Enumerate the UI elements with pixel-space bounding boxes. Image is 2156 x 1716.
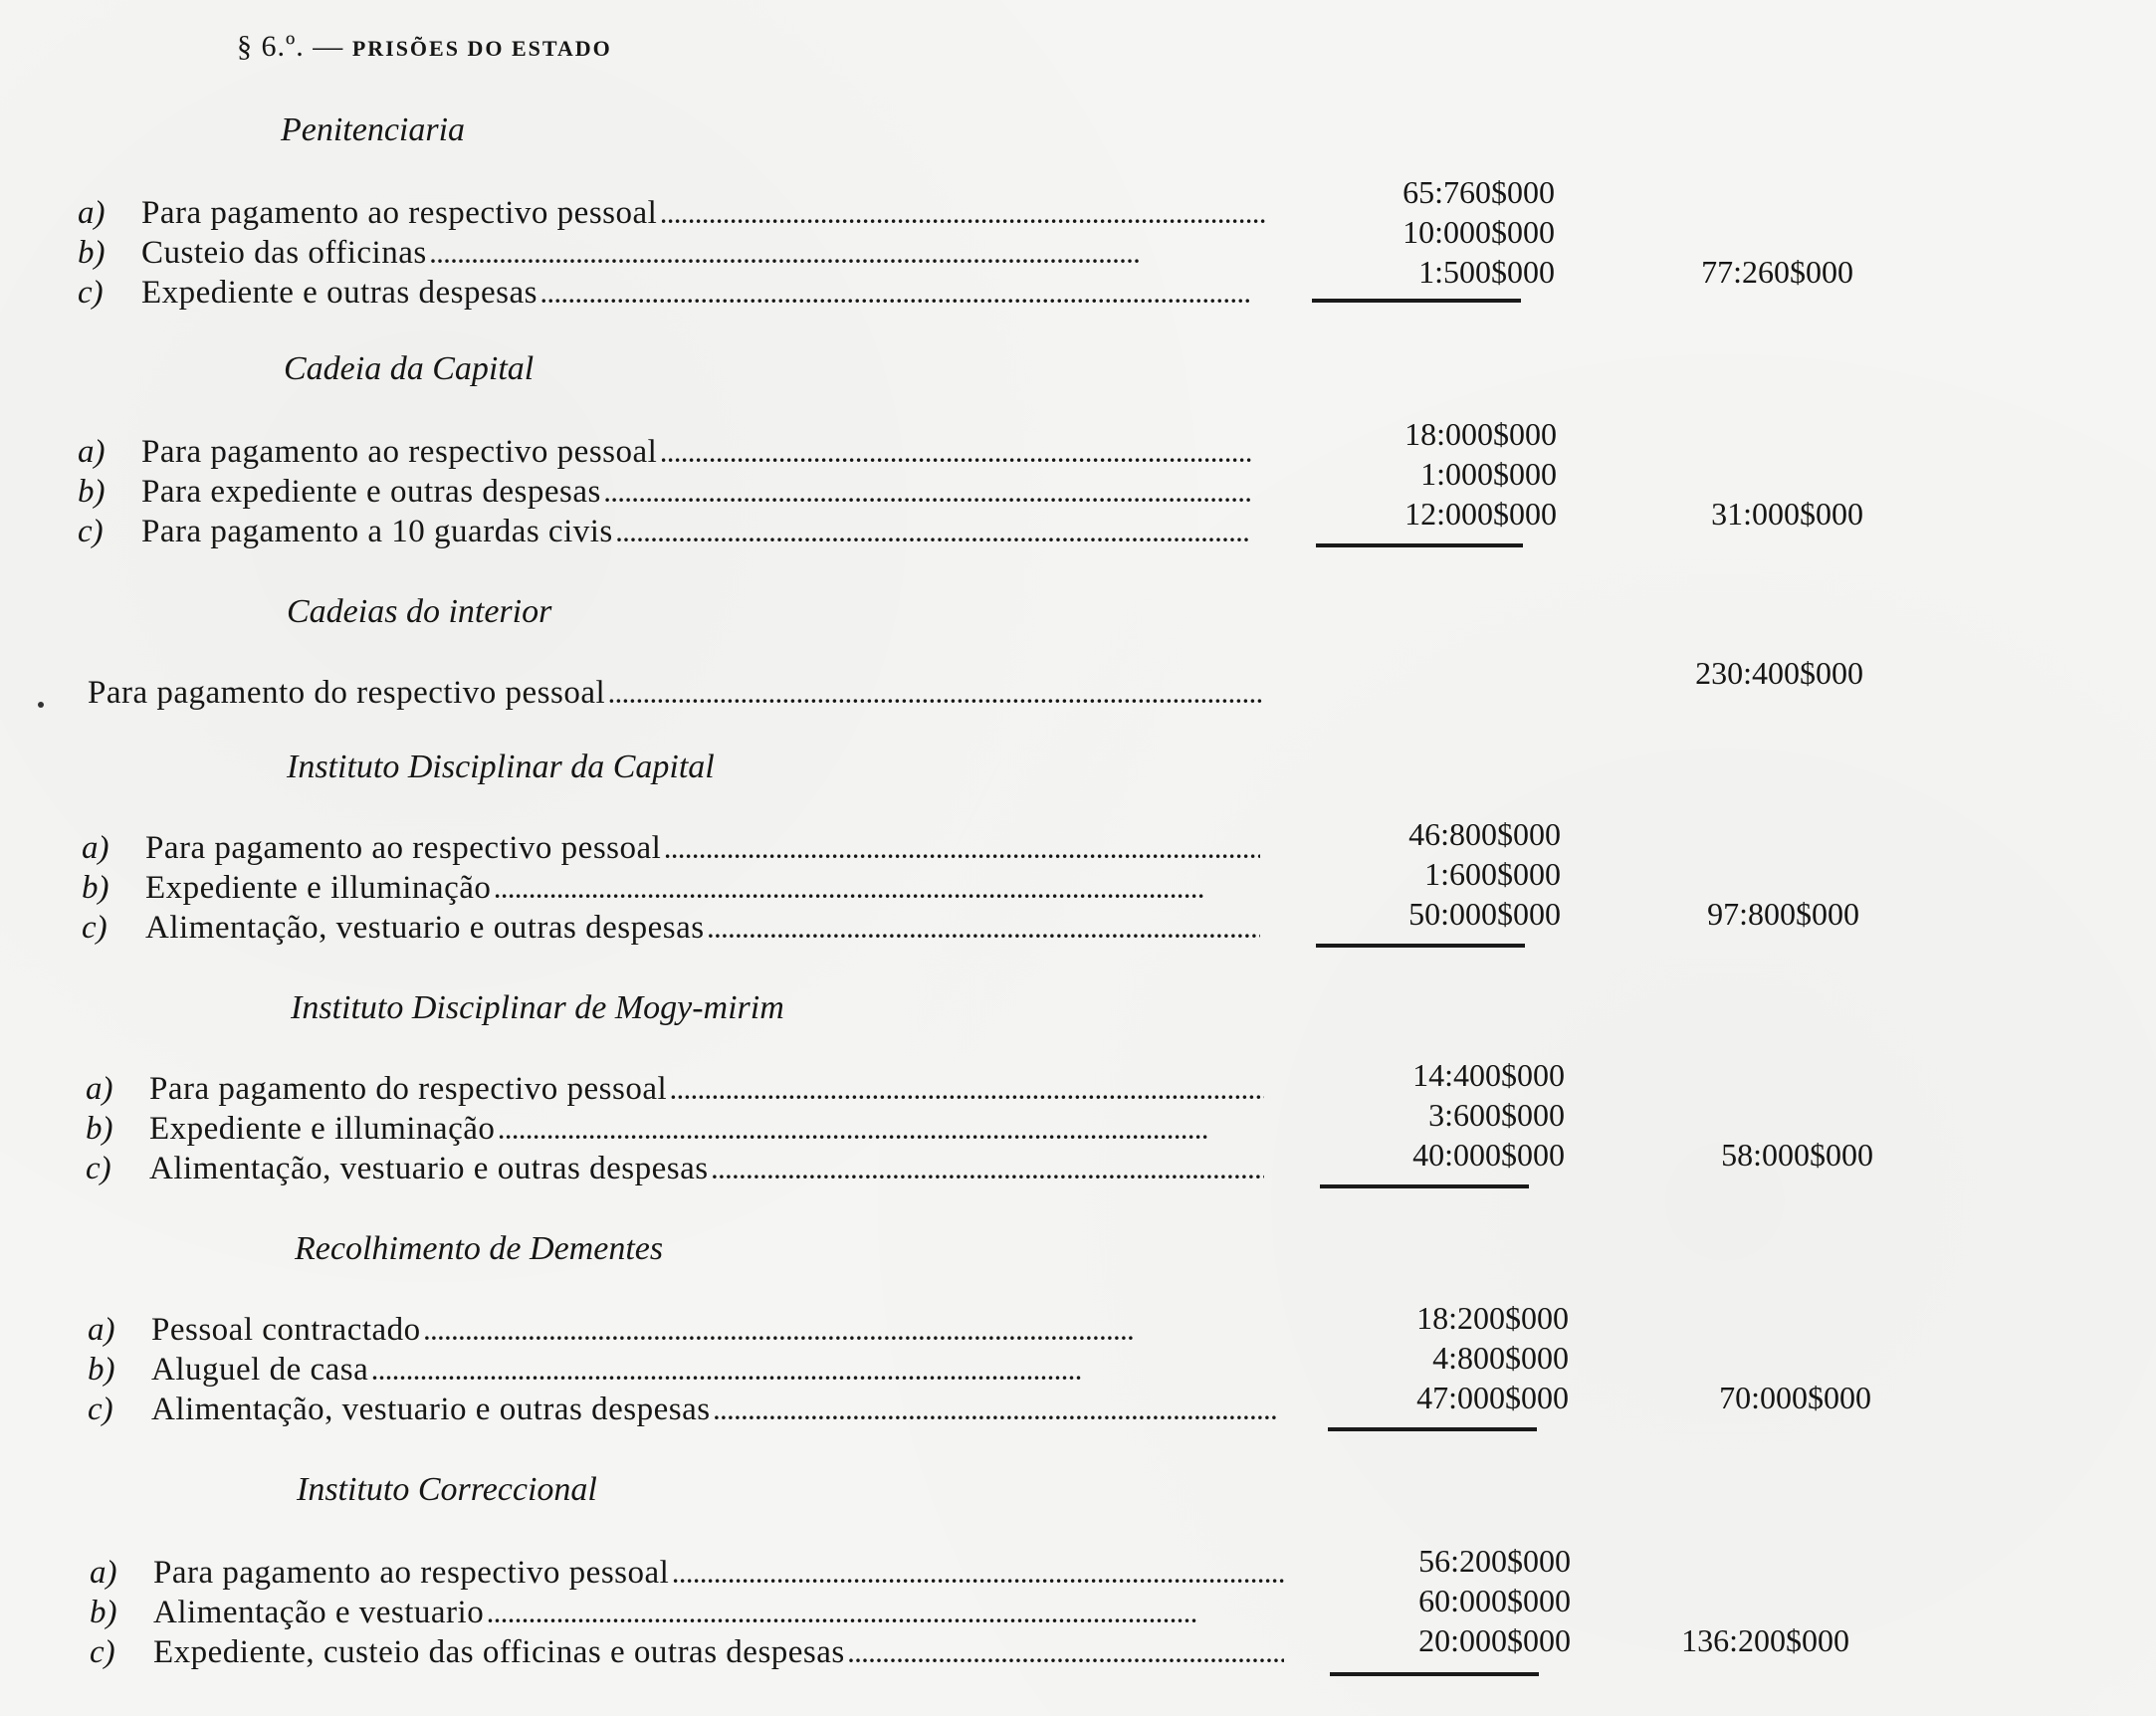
item-label: Custeio das officinas: [141, 235, 1266, 272]
item-letter: b): [90, 1595, 153, 1631]
item-letter: b): [78, 474, 141, 511]
budget-line: c) Alimentação, vestuario e outras despe…: [88, 1392, 1277, 1431]
budget-line: c) Para pagamento a 10 guardas civis: [78, 514, 1267, 553]
subtotal-rule: [1320, 1184, 1529, 1188]
item-letter: a): [78, 195, 141, 232]
item-label: Para pagamento do respectivo pessoal: [88, 675, 1262, 712]
section-total: 77:260$000: [1555, 254, 1853, 291]
heading-cadeias-do-interior: Cadeias do interior: [287, 593, 551, 631]
budget-line: c) Alimentação, vestuario e outras despe…: [82, 910, 1266, 950]
budget-line: a) Para pagamento ao respectivo pessoal: [90, 1555, 1284, 1595]
item-label: Para pagamento ao respectivo pessoal: [153, 1555, 1284, 1592]
item-amount: 1:000$000: [1258, 456, 1557, 493]
subtotal-rule: [1328, 1427, 1537, 1431]
item-label: Expediente e outras despesas: [141, 275, 1266, 312]
item-label: Alimentação e vestuario: [153, 1595, 1284, 1631]
item-label: Alimentação, vestuario e outras despesas: [151, 1392, 1276, 1428]
item-amount: 4:800$000: [1270, 1340, 1569, 1377]
subtotal-rule: [1330, 1672, 1539, 1676]
item-label: Expediente, custeio das officinas e outr…: [153, 1634, 1284, 1671]
heading-instituto-disciplinar-da-capital: Instituto Disciplinar da Capital: [287, 749, 715, 786]
item-label: Expediente e illuminação: [145, 870, 1260, 907]
item-letter: b): [88, 1352, 151, 1389]
item-amount: 46:800$000: [1262, 816, 1561, 853]
budget-line: a) Para pagamento do respectivo pessoal: [86, 1071, 1270, 1111]
item-label: Para pagamento do respectivo pessoal: [149, 1071, 1264, 1108]
section-total: 97:800$000: [1561, 896, 1859, 933]
item-amount: 3:600$000: [1266, 1097, 1565, 1134]
item-label: Para pagamento a 10 guardas civis: [141, 514, 1251, 550]
heading-recolhimento-de-dementes: Recolhimento de Dementes: [295, 1230, 663, 1268]
item-letter: c): [78, 275, 141, 312]
subtotal-rule: [1316, 543, 1523, 547]
print-speck: [38, 702, 44, 708]
section-total: 58:000$000: [1575, 1137, 1873, 1174]
item-letter: c): [88, 1392, 151, 1428]
item-amount: 10:000$000: [1256, 214, 1555, 251]
item-amount: 56:200$000: [1272, 1543, 1571, 1580]
item-letter: c): [86, 1151, 149, 1187]
item-letter: a): [78, 434, 141, 471]
section-number: § 6.º. —: [237, 30, 343, 63]
item-label: Para pagamento ao respectivo pessoal: [145, 830, 1260, 867]
item-amount: 60:000$000: [1272, 1583, 1571, 1619]
heading-cadeia-da-capital: Cadeia da Capital: [284, 350, 534, 388]
item-label: Aluguel de casa: [151, 1352, 1276, 1389]
budget-line: b) Aluguel de casa: [88, 1352, 1277, 1392]
item-letter: b): [82, 870, 145, 907]
item-amount: 47:000$000: [1270, 1380, 1569, 1416]
item-letter: b): [86, 1111, 149, 1148]
heading-instituto-disciplinar-de-mogy-mirim: Instituto Disciplinar de Mogy-mirim: [291, 989, 784, 1027]
section-title-text: PRISÕES DO ESTADO: [352, 36, 612, 61]
item-amount: 20:000$000: [1272, 1622, 1571, 1659]
item-amount: 1:600$000: [1262, 856, 1561, 893]
budget-line: b) Custeio das officinas: [78, 235, 1267, 275]
item-amount: 12:000$000: [1258, 496, 1557, 533]
document-page: § 6.º. — PRISÕES DO ESTADO Penitenciaria…: [0, 0, 2156, 1716]
item-letter: a): [86, 1071, 149, 1108]
section-title: § 6.º. — PRISÕES DO ESTADO: [237, 30, 612, 64]
item-letter: c): [78, 514, 141, 550]
item-amount: 40:000$000: [1266, 1137, 1565, 1174]
item-label: Para pagamento ao respectivo pessoal: [141, 434, 1251, 471]
item-amount: 14:400$000: [1266, 1057, 1565, 1094]
budget-line: b) Para expediente e outras despesas: [78, 474, 1267, 514]
item-label: Para expediente e outras despesas: [141, 474, 1251, 511]
heading-penitenciaria: Penitenciaria: [281, 111, 465, 149]
section-total: 230:400$000: [1565, 655, 1863, 692]
item-letter: a): [88, 1312, 151, 1349]
item-label: Pessoal contractado: [151, 1312, 1276, 1349]
item-amount: 50:000$000: [1262, 896, 1561, 933]
heading-instituto-correccional: Instituto Correccional: [297, 1471, 597, 1509]
item-letter: c): [82, 910, 145, 947]
section-total: 31:000$000: [1565, 496, 1863, 533]
budget-line: b) Expediente e illuminação: [86, 1111, 1270, 1151]
budget-line: a) Para pagamento ao respectivo pessoal: [82, 830, 1266, 870]
section-total: 70:000$000: [1573, 1380, 1871, 1416]
item-label: Para pagamento ao respectivo pessoal: [141, 195, 1266, 232]
item-label: Alimentação, vestuario e outras despesas: [145, 910, 1260, 947]
item-label: Alimentação, vestuario e outras despesas: [149, 1151, 1264, 1187]
item-letter: a): [82, 830, 145, 867]
item-letter: a): [90, 1555, 153, 1592]
item-letter: c): [90, 1634, 153, 1671]
budget-line: c) Alimentação, vestuario e outras despe…: [86, 1151, 1270, 1190]
budget-line: c) Expediente e outras despesas: [78, 275, 1267, 315]
subtotal-rule: [1316, 944, 1525, 948]
section-total: 136:200$000: [1551, 1622, 1849, 1659]
item-amount: 65:760$000: [1256, 174, 1555, 211]
budget-line: b) Expediente e illuminação: [82, 870, 1266, 910]
item-amount: 18:000$000: [1258, 416, 1557, 453]
item-letter: b): [78, 235, 141, 272]
budget-line: a) Para pagamento ao respectivo pessoal: [78, 195, 1267, 235]
item-amount: 18:200$000: [1270, 1300, 1569, 1337]
item-label: Expediente e illuminação: [149, 1111, 1264, 1148]
budget-line: b) Alimentação e vestuario: [90, 1595, 1284, 1634]
budget-line: a) Para pagamento ao respectivo pessoal: [78, 434, 1267, 474]
item-amount: 1:500$000: [1256, 254, 1555, 291]
budget-line: c) Expediente, custeio das officinas e o…: [90, 1634, 1284, 1674]
subtotal-rule: [1312, 299, 1521, 303]
budget-line: Para pagamento do respectivo pessoal: [88, 675, 1262, 715]
budget-line: a) Pessoal contractado: [88, 1312, 1277, 1352]
